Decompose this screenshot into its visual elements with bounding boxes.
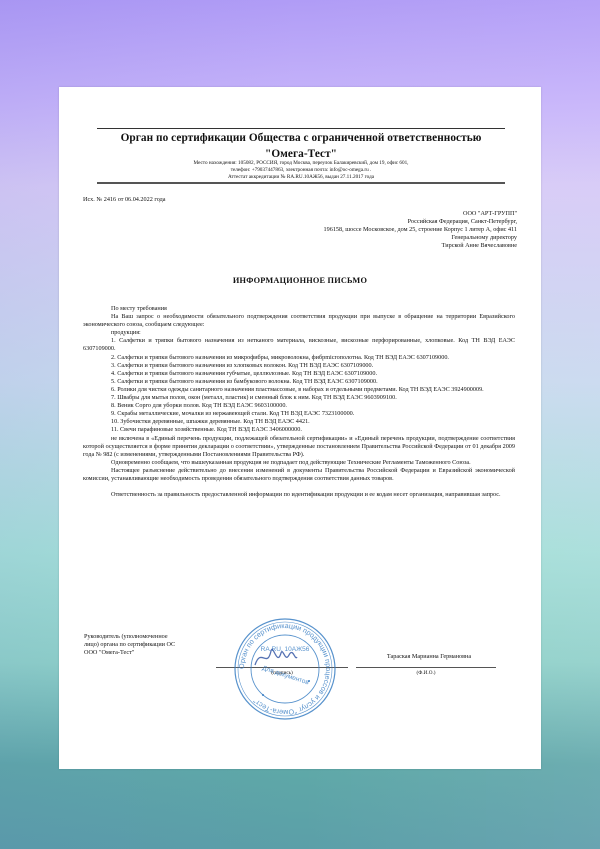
- letter-body: По месту требования На Ваш запрос о необ…: [83, 305, 515, 499]
- technical-regulations-paragraph: Одновременно сообщаем, что вышеуказанная…: [83, 459, 515, 467]
- addressee-block: ООО "АРТ-ГРУПП" Российская Федерация, Са…: [324, 210, 517, 250]
- product-item: 3. Салфетки и тряпки бытового назначения…: [83, 362, 515, 370]
- salutation: По месту требования: [83, 305, 515, 313]
- name-caption: (Ф.И.О.): [356, 670, 496, 676]
- outgoing-reference: Исх. № 2416 от 06.04.2022 года: [83, 196, 166, 203]
- addressee-line: Тирской Анне Вячеславовне: [324, 242, 517, 250]
- letterhead: Орган по сертификации Общества с огранич…: [97, 128, 505, 184]
- product-item: 1. Салфетки и тряпки бытового назначения…: [83, 337, 515, 353]
- stamp-purpose: Для документов: [261, 665, 310, 687]
- signatory-title-line: ООО "Омега-Тест": [84, 649, 194, 657]
- product-item: 2. Салфетки и тряпки бытового назначения…: [83, 354, 515, 362]
- product-item: 7. Швабры для мытья полов, окон (металл,…: [83, 394, 515, 402]
- official-stamp-icon: Орган по сертификации продукции процессо…: [233, 617, 337, 721]
- intro-paragraph: На Ваш запрос о необходимости обязательн…: [83, 313, 515, 329]
- not-included-paragraph: не включена в «Единый перечень продукции…: [83, 435, 515, 459]
- name-line: [356, 667, 496, 668]
- signatory-title-line: лицо) органа по сертификации ОС: [84, 641, 194, 649]
- product-item: 9. Скрабы металлические, мочалки из нерж…: [83, 410, 515, 418]
- document-page: Орган по сертификации Общества с огранич…: [59, 87, 541, 769]
- responsibility-paragraph: Ответственность за правильность предоста…: [83, 491, 515, 499]
- signatory-title-line: Руководитель (уполномоченное: [84, 633, 194, 641]
- products-label: продукция:: [83, 329, 515, 337]
- product-item: 4. Салфетки и тряпки бытового назначения…: [83, 370, 515, 378]
- validity-paragraph: Настоящее разъяснение действительно до в…: [83, 467, 515, 483]
- stamp-cert-number: RA.RU. 10АЖ56: [261, 646, 310, 653]
- addressee-line: 196158, шоссе Московское, дом 25, строен…: [324, 226, 517, 234]
- addressee-line: ООО "АРТ-ГРУПП": [324, 210, 517, 218]
- signatory-title: Руководитель (уполномоченное лицо) орган…: [84, 633, 194, 657]
- product-item: 11. Свечи парафиновые хозяйственные. Код…: [83, 426, 515, 434]
- org-contacts: телефон: +79037447863, электронная почта…: [97, 167, 505, 174]
- signatory-name: Тараская Марианна Германовна: [359, 653, 499, 660]
- letterhead-top-rule: [97, 128, 505, 129]
- org-accreditation: Аттестат аккредитации № RA.RU.10АЖ56, вы…: [97, 174, 505, 181]
- product-item: 6. Ролики для чистки одежды санитарного …: [83, 386, 515, 394]
- org-title-line1: Орган по сертификации Общества с огранич…: [97, 132, 505, 145]
- letter-title: ИНФОРМАЦИОННОЕ ПИСЬМО: [59, 276, 541, 285]
- product-item: 8. Веник Сорго для уборки полов. Код ТН …: [83, 402, 515, 410]
- org-title-line2: "Омега-Тест": [97, 148, 505, 161]
- product-item: 10. Зубочистки деревянные, шпажки деревя…: [83, 418, 515, 426]
- org-address: Место нахождения: 105082, РОССИЯ, город …: [97, 160, 505, 167]
- letterhead-bottom-rule: [97, 182, 505, 184]
- addressee-line: Генеральному директору: [324, 234, 517, 242]
- product-item: 5. Салфетки и тряпки бытового назначения…: [83, 378, 515, 386]
- addressee-line: Российская Федерация, Санкт-Петербург,: [324, 218, 517, 226]
